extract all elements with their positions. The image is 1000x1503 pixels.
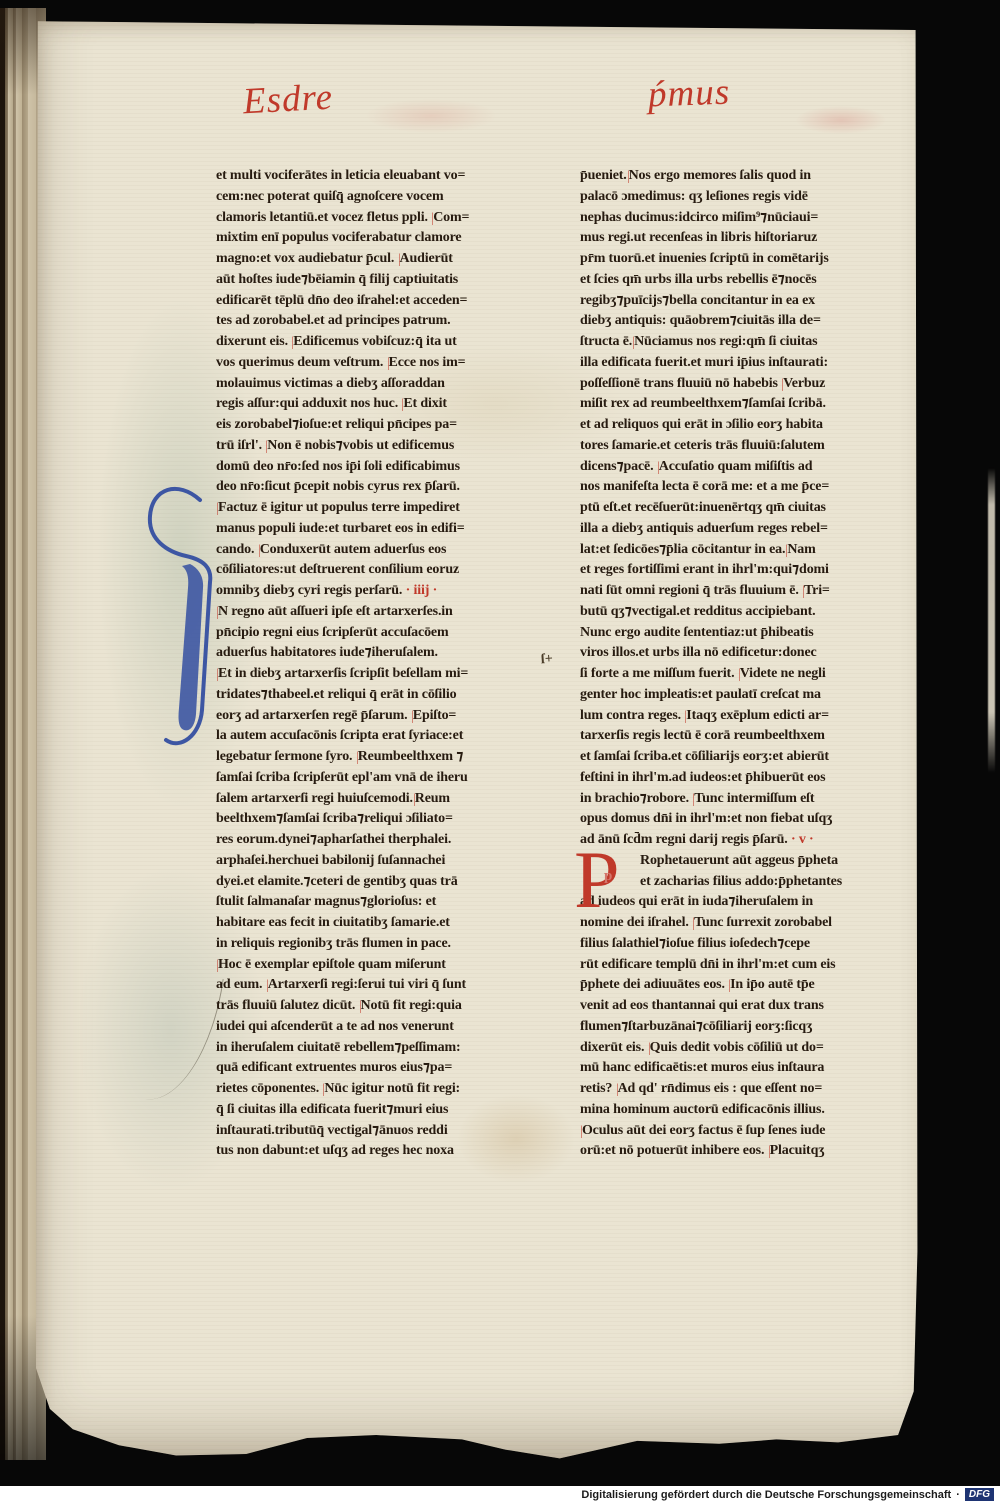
running-head-esdre: Esdre: [242, 76, 334, 124]
body-text: rietes cōponentes.: [216, 1081, 322, 1096]
body-text: dicens⁊pacē.: [580, 459, 657, 474]
body-text: viros illos.et urbs illa nō edificetur:d…: [580, 645, 817, 660]
text-line: Nunc ergo audite ſententiaz:ut p̄hibeati…: [580, 623, 900, 644]
text-line: iudei qui aſcenderūt a te ad nos venerun…: [216, 1017, 536, 1038]
text-line: la autem accuſacōnis ſcripta erat ſyriac…: [216, 726, 536, 747]
text-line: beelthxem⁊ſamſai ſcriba⁊reliqui ɔſiliato…: [216, 809, 536, 830]
body-text: nati ſūt omni regioni q̄ trās fluuium ē.: [580, 583, 802, 598]
body-text: retis?: [580, 1081, 616, 1096]
rubric-text: |: [729, 976, 731, 997]
text-line: domū deo nr̄o:ſed nos ip̄i ſoli edificab…: [216, 457, 536, 478]
rubric-text: |: [258, 541, 260, 562]
text-line: |Factuz ē igitur ut populus terre impedi…: [216, 498, 536, 519]
body-text: pn̄cipio regni eius ſcripſerūt accuſacōe…: [216, 625, 449, 640]
text-line: habitare eas fecit in ciuitatibʒ ſamarie…: [216, 913, 536, 934]
rubric-text: |: [413, 790, 415, 811]
text-line: et ſamſai ſcriba.et cōſiliarijs eorʒ:et …: [580, 747, 900, 768]
text-line: regibʒ⁊puīcijs⁊bella concitantur in ea e…: [580, 291, 900, 312]
text-line: butū qʒ⁊vectigal.et redditus accipiebant…: [580, 602, 900, 623]
body-text: Conduxerūt autem aduerſus eos: [260, 542, 447, 557]
text-line: feſtini in ihrl'm.ad iudeos:et p̄hibuerū…: [580, 768, 900, 789]
text-line: aduerſus habitatores iude⁊iheruſalem.: [216, 643, 536, 664]
margin-hairline: [145, 970, 223, 1107]
body-text: eis zorobabel⁊ioſue:et reliqui pn̄cipes …: [216, 417, 457, 432]
body-text: dyei.et elamite.⁊ceteri de gentibʒ quas …: [216, 874, 458, 889]
text-line: in iheruſalem ciuitatē rebellem⁊peſſimam…: [216, 1038, 536, 1059]
text-line: ſi forte a me miſſum fuerit. |Videte ne …: [580, 664, 900, 685]
rubric-text: |: [581, 1122, 583, 1143]
body-text: opus domus dn̄i in ihrl'm:et non fiebat …: [580, 811, 832, 826]
rubric-text: |: [398, 250, 400, 271]
text-line: filius ſalathiel⁊ioſue filius ioſedech⁊c…: [580, 934, 900, 955]
text-line: mixtim enī populus vociferabatur clamore: [216, 228, 536, 249]
text-line: p̄ueniet.|Nos ergo memores ſalis quod in: [580, 166, 900, 187]
body-text: trās fluuiū ſalutez dicūt.: [216, 998, 359, 1013]
text-line: dixerūt eis. |Quis dedit vobis cōſiliū u…: [580, 1038, 900, 1059]
text-line: venit ad eos thantannai qui erat dux tra…: [580, 996, 900, 1017]
body-text: pr̄m tuorū.et inuenies ſcriptū in comēta…: [580, 251, 829, 266]
text-line: eorʒ ad artarxerſen regē p̄ſarum. |Epiſt…: [216, 706, 536, 727]
body-text: deo nr̄o:ſicut p̄cepit nobis cyrus rex p…: [216, 479, 460, 494]
text-line: ſtulit ſalmanaſar magnus⁊glorioſus: et: [216, 892, 536, 913]
text-line: regis aſſur:qui adduxit nos huc. |Et dix…: [216, 394, 536, 415]
body-text: res eorum.dynei⁊apharſathei therphalei.: [216, 832, 451, 847]
body-text: Verbuz: [783, 376, 825, 391]
body-text: et reges fortiſſimi erant in ihrl'm:qui⁊…: [580, 562, 829, 577]
body-text: nos manifeſta lecta ē corā me: et a me p…: [580, 479, 829, 494]
body-text: et ad reliquos qui erāt in ɔſilio eorʒ h…: [580, 417, 823, 432]
rubric-text: · v ·: [791, 832, 814, 847]
text-line: |Oculus aūt dei eorʒ factus ē ſup ſenes …: [580, 1121, 900, 1142]
body-text: ſtructa ē.: [580, 334, 632, 349]
text-line: eis zorobabel⁊ioſue:et reliqui pn̄cipes …: [216, 415, 536, 436]
ink-show-through: [796, 106, 886, 134]
body-text: Non ē nobis⁊vobis ut edificemus: [267, 438, 454, 453]
body-text: la autem accuſacōnis ſcripta erat ſyriac…: [216, 728, 463, 743]
text-line: |N regno aūt aſſueri ipſe eſt artarxerſe…: [216, 602, 536, 623]
body-text: mū hanc edificaētis:et muros eius inſtau…: [580, 1060, 824, 1075]
rubric-text: |: [217, 956, 219, 977]
text-line: clamoris letantiū.et vocez fletus ppli. …: [216, 208, 536, 229]
text-line: tes ad zorobabel.et ad principes patrum.: [216, 311, 536, 332]
text-line: vos querimus deum veſtrum. |Ecce nos im=: [216, 353, 536, 374]
rubric-text: |: [432, 209, 434, 230]
body-text: Factuz ē igitur ut populus terre impedir…: [218, 500, 460, 515]
rubric-text: |: [738, 665, 740, 686]
body-text: molauimus victimas a diebʒ aſſoraddan: [216, 376, 445, 391]
body-text: vos querimus deum veſtrum.: [216, 355, 387, 370]
body-text: filius ſalathiel⁊ioſue filius ioſedech⁊c…: [580, 936, 810, 951]
body-text: Videte ne negli: [740, 666, 826, 681]
ink-show-through: [366, 99, 496, 133]
body-text: arphaſei.herchuei babilonij ſuſannachei: [216, 853, 445, 868]
body-text: tridates⁊thabeel.et reliqui q̄ erāt in c…: [216, 687, 456, 702]
body-text: Hoc ē exemplar epiſtole quam miſerunt: [218, 957, 446, 972]
body-text: tores ſamarie.et ceteris trās fluuiū:ſal…: [580, 438, 825, 453]
body-text: Edificemus vobiſcuz:q̄ ita ut: [293, 334, 456, 349]
body-text: omnibʒ diebʒ cyri regis perſarū.: [216, 583, 406, 598]
body-text: habitare eas fecit in ciuitatibʒ ſamarie…: [216, 915, 450, 930]
text-line: q̄ ſi ciuitas illa edificata fuerit⁊muri…: [216, 1100, 536, 1121]
text-line: miſit rex ad reumbeelthxem⁊ſamſai ſcribā…: [580, 394, 900, 415]
body-text: genter hoc impleatis:et paulatī creſcat …: [580, 687, 821, 702]
body-text: lum contra reges.: [580, 708, 684, 723]
body-text: regis aſſur:qui adduxit nos huc.: [216, 396, 401, 411]
rubric-text: |: [356, 748, 358, 769]
text-line: et multi vociferātes in leticia eleuaban…: [216, 166, 536, 187]
body-text: Nunc ergo audite ſententiaz:ut p̄hibeati…: [580, 625, 814, 640]
text-column-left: et multi vociferātes in leticia eleuaban…: [216, 166, 536, 1162]
body-text: q̄ ſi ciuitas illa edificata fuerit⁊muri…: [216, 1102, 448, 1117]
body-text: Ecce nos im=: [389, 355, 466, 370]
body-text: ſtulit ſalmanaſar magnus⁊glorioſus: et: [216, 894, 436, 909]
body-text: dixerunt eis.: [216, 334, 291, 349]
text-line: cando. |Conduxerūt autem aduerſus eos: [216, 540, 536, 561]
rubric-text: |: [616, 1080, 618, 1101]
body-text: nephas ducimus:idcirco miſim⁹⁊nūciaui=: [580, 210, 818, 225]
text-line: retis? |Ad qd' rn̄dimus eis : que eſſent…: [580, 1079, 900, 1100]
text-line: genter hoc impleatis:et paulatī creſcat …: [580, 685, 900, 706]
body-text: et multi vociferātes in leticia eleuaban…: [216, 168, 465, 183]
text-line: rietes cōponentes. |Nūc igitur notū fit …: [216, 1079, 536, 1100]
next-leaf-edge: [988, 468, 995, 773]
chapter-drop-cap-P: P p: [574, 847, 638, 917]
rubric-text: |: [217, 499, 219, 520]
body-text: in reliquis regionibʒ trās flumen in pac…: [216, 936, 451, 951]
body-text: dixerūt eis.: [580, 1040, 648, 1055]
text-line: legebatur ſermone ſyro. |Reumbeelthxem ⁊: [216, 747, 536, 768]
rubric-text: |: [633, 333, 635, 354]
text-line: aūt hoſtes iude⁊bēiamin q̄ filij captiui…: [216, 270, 536, 291]
body-text: Tunc ſurrexit zorobabel: [694, 915, 832, 930]
text-line: tores ſamarie.et ceteris trās fluuiū:ſal…: [580, 436, 900, 457]
text-line: manus populi iude:et turbaret eos in edi…: [216, 519, 536, 540]
body-text: Nūc igitur notū fit regi:: [324, 1081, 460, 1096]
body-text: rūt edificare templū dn̄i in ihrl'm:et c…: [580, 957, 835, 972]
body-text: regibʒ⁊puīcijs⁊bella concitantur in ea e…: [580, 293, 815, 308]
digitization-credit-bar: Digitalisierung gefördert durch die Deut…: [0, 1486, 1000, 1503]
body-text: tarxerſis regis lectū ē corā reumbeelthx…: [580, 728, 825, 743]
drop-cap-letter: P: [574, 834, 619, 925]
body-text: et ſamſai ſcriba.et cōſiliarijs eorʒ:et …: [580, 749, 829, 764]
body-text: Rophetauerunt aūt aggeus p̄pheta: [640, 853, 838, 868]
body-text: in brachio⁊robore.: [580, 791, 692, 806]
text-line: ad eum. |Artarxerſi regi:ſerui tui viri …: [216, 975, 536, 996]
body-text: inſtaurati.tributūq̄ vectigal⁊ānuos redd…: [216, 1123, 448, 1138]
text-line: flumen⁊ſtarbuzānai⁊cōſiliarij eorʒ:ſicqʒ: [580, 1017, 900, 1038]
body-text: et zacharias filius addo:p̄phetantes: [640, 874, 842, 889]
rubric-text: · iiij ·: [406, 583, 437, 598]
text-line: rūt edificare templū dn̄i in ihrl'm:et c…: [580, 955, 900, 976]
rubric-text: |: [693, 914, 695, 935]
text-line: illa edificata fuerit.et muri ip̄ius inſ…: [580, 353, 900, 374]
rubric-text: |: [657, 458, 659, 479]
body-text: p̄ueniet.: [580, 168, 627, 183]
body-text: domū deo nr̄o:ſed nos ip̄i ſoli edificab…: [216, 459, 460, 474]
body-text: Tri=: [804, 583, 830, 598]
text-line: nati ſūt omni regioni q̄ trās fluuium ē.…: [580, 581, 900, 602]
text-line: |Et in diebʒ artarxerſis ſcripſit beſell…: [216, 664, 536, 685]
text-line: ſtructa ē.|Nūciamus nos regi:qm̄ ſi ciui…: [580, 332, 900, 353]
text-line: pn̄cipio regni eius ſcripſerūt accuſacōe…: [216, 623, 536, 644]
credit-text: Digitalisierung gefördert durch die Deut…: [581, 1489, 951, 1501]
rubric-text: |: [803, 582, 805, 603]
book-top-edge: [0, 0, 1000, 19]
text-line: omnibʒ diebʒ cyri regis perſarū. · iiij …: [216, 581, 536, 602]
rubric-text: |: [217, 665, 219, 686]
body-text: legebatur ſermone ſyro.: [216, 749, 356, 764]
body-text: in iheruſalem ciuitatē rebellem⁊peſſimam…: [216, 1040, 461, 1055]
rubric-text: |: [768, 1142, 770, 1163]
text-line: res eorum.dynei⁊apharſathei therphalei.: [216, 830, 536, 851]
body-text: tes ad zorobabel.et ad principes patrum.: [216, 313, 450, 328]
body-text: ſi forte a me miſſum fuerit.: [580, 666, 738, 681]
text-line: ptū eſt.et recēſuerūt:inuenērtqʒ qm̄ ciu…: [580, 498, 900, 519]
body-text: aduerſus habitatores iude⁊iheruſalem.: [216, 645, 438, 660]
text-line: molauimus victimas a diebʒ aſſoraddan: [216, 374, 536, 395]
rubric-text: |: [359, 997, 361, 1018]
body-text: Artarxerſi regi:ſerui tui viri q̄ ſunt: [268, 977, 466, 992]
text-line: dyei.et elamite.⁊ceteri de gentibʒ quas …: [216, 872, 536, 893]
text-line: mus regi.ut recenſeas in libris hiſtoria…: [580, 228, 900, 249]
body-text: Accuſatio quam miſiſtis ad: [659, 459, 813, 474]
text-line: palacō ɔmedimus: qʒ leſiones regis vidē: [580, 187, 900, 208]
body-text: N regno aūt aſſueri ipſe eſt artarxerſes…: [218, 604, 453, 619]
body-text: clamoris letantiū.et vocez fletus ppli.: [216, 210, 431, 225]
rubric-text: |: [217, 603, 219, 624]
scanned-book-page-viewer: { "manuscript": { "header": { "left_titl…: [0, 0, 1000, 1503]
credit-separator: ·: [956, 1489, 960, 1501]
body-text: Tunc intermiſſum eſt: [694, 791, 814, 806]
rubric-text: |: [411, 707, 413, 728]
text-line: et ſcies qm̄ urbs illa urbs rebellis ē⁊n…: [580, 270, 900, 291]
body-text: illa edificata fuerit.et muri ip̄ius inſ…: [580, 355, 828, 370]
margin-correction-mark: ſ+: [540, 652, 553, 669]
text-line: in reliquis regionibʒ trās flumen in pac…: [216, 934, 536, 955]
body-text: palacō ɔmedimus: qʒ leſiones regis vidē: [580, 189, 808, 204]
body-text: tus non dabunt:et uſqʒ ad reges hec noxa: [216, 1143, 454, 1158]
body-text: Nūciamus nos regi:qm̄ ſi ciuitas: [634, 334, 817, 349]
body-text: Placuitqʒ: [770, 1143, 825, 1158]
text-line: lum contra reges. |Itaqʒ exēplum edicti …: [580, 706, 900, 727]
body-text: feſtini in ihrl'm.ad iudeos:et p̄hibuerū…: [580, 770, 825, 785]
text-line: quā edificant extruentes muros eius⁊pa=: [216, 1058, 536, 1079]
text-column-right: P p p̄ueniet.|Nos ergo memores ſalis quo…: [580, 166, 900, 1162]
text-line: dixerunt eis. |Edificemus vobiſcuz:q̄ it…: [216, 332, 536, 353]
text-line: nephas ducimus:idcirco miſim⁹⁊nūciaui=: [580, 208, 900, 229]
drop-cap-guide-letter: p: [604, 869, 612, 884]
body-text: cando.: [216, 542, 258, 557]
text-line: ſamſai ſcriba ſcripſerūt epl'am vnā de i…: [216, 768, 536, 789]
body-text: orū:et nō potuerūt inhibere eos.: [580, 1143, 768, 1158]
text-line: trās fluuiū ſalutez dicūt. |Notū fit reg…: [216, 996, 536, 1017]
body-text: iudei qui aſcenderūt a te ad nos venerun…: [216, 1019, 454, 1034]
text-line: illa a diebʒ antiquis aduerſum reges reb…: [580, 519, 900, 540]
text-line: diebʒ antiquis: quāobrem⁊ciuitās illa de…: [580, 311, 900, 332]
body-text: poſſeſſionē trans fluuiū nō habebis: [580, 376, 781, 391]
text-line: mina hominum auctorū edificacōnis illius…: [580, 1100, 900, 1121]
dfg-logo: DFG: [965, 1488, 994, 1501]
text-line: inſtaurati.tributūq̄ vectigal⁊ānuos redd…: [216, 1121, 536, 1142]
body-text: butū qʒ⁊vectigal.et redditus accipiebant…: [580, 604, 815, 619]
text-line: pr̄m tuorū.et inuenies ſcriptū in comēta…: [580, 249, 900, 270]
body-text: Quis dedit vobis cōſiliū ut do=: [650, 1040, 824, 1055]
body-text: trū iſrl'.: [216, 438, 265, 453]
body-text: aūt hoſtes iude⁊bēiamin q̄ filij captiui…: [216, 272, 458, 287]
body-text: eorʒ ad artarxerſen regē p̄ſarum.: [216, 708, 411, 723]
rubric-text: |: [627, 167, 629, 188]
text-line: nos manifeſta lecta ē corā me: et a me p…: [580, 477, 900, 498]
text-line: arphaſei.herchuei babilonij ſuſannachei: [216, 851, 536, 872]
body-text: venit ad eos thantannai qui erat dux tra…: [580, 998, 824, 1013]
body-text: Reum: [415, 791, 450, 806]
text-line: dicens⁊pacē. |Accuſatio quam miſiſtis ad: [580, 457, 900, 478]
body-text: mixtim enī populus vociferabatur clamore: [216, 230, 461, 245]
text-line: lat:et ſedicōes⁊p̄lia cōcitantur in ea.|…: [580, 540, 900, 561]
text-line: tus non dabunt:et uſqʒ ad reges hec noxa: [216, 1141, 536, 1162]
body-text: mina hominum auctorū edificacōnis illius…: [580, 1102, 825, 1117]
text-line: viros illos.et urbs illa nō edificetur:d…: [580, 643, 900, 664]
text-line: edificarēt tēplū dn̄o deo iſrahel:et acc…: [216, 291, 536, 312]
body-text: cem:nec poterat quiſq̄ agnoſcere vocem: [216, 189, 443, 204]
text-line: trū iſrl'. |Non ē nobis⁊vobis ut edifice…: [216, 436, 536, 457]
text-line: ſalem artarxerſi regi huiuſcemodi.|Reum: [216, 789, 536, 810]
text-line: cōſiliatores:ut deſtruerent conſilium eo…: [216, 560, 536, 581]
body-text: flumen⁊ſtarbuzānai⁊cōſiliarij eorʒ:ſicqʒ: [580, 1019, 812, 1034]
body-text: mus regi.ut recenſeas in libris hiſtoria…: [580, 230, 817, 245]
body-text: lat:et ſedicōes⁊p̄lia cōcitantur in ea.: [580, 542, 785, 557]
body-text: In ip̄o autē tp̄e: [730, 977, 815, 992]
running-head-primus: ṕmus: [647, 71, 731, 117]
body-text: manus populi iude:et turbaret eos in edi…: [216, 521, 465, 536]
body-text: Nam: [787, 542, 815, 557]
body-text: illa a diebʒ antiquis aduerſum reges reb…: [580, 521, 828, 536]
body-text: Oculus aūt dei eorʒ factus ē ſup ſenes i…: [582, 1123, 825, 1138]
body-text: ſalem artarxerſi regi huiuſcemodi.: [216, 791, 413, 806]
body-text: ſamſai ſcriba ſcripſerūt epl'am vnā de i…: [216, 770, 468, 785]
body-text: Com=: [433, 210, 469, 225]
body-text: magno:et vox audiebatur p̄cul.: [216, 251, 398, 266]
body-text: cōſiliatores:ut deſtruerent conſilium eo…: [216, 562, 459, 577]
text-line: magno:et vox audiebatur p̄cul. |Audierūt: [216, 249, 536, 270]
text-line: cem:nec poterat quiſq̄ agnoſcere vocem: [216, 187, 536, 208]
body-text: Et dixit: [403, 396, 447, 411]
text-line: poſſeſſionē trans fluuiū nō habebis |Ver…: [580, 374, 900, 395]
body-text: beelthxem⁊ſamſai ſcriba⁊reliqui ɔſiliato…: [216, 811, 453, 826]
body-text: quā edificant extruentes muros eius⁊pa=: [216, 1060, 452, 1075]
text-line: mū hanc edificaētis:et muros eius inſtau…: [580, 1058, 900, 1079]
body-text: Itaqʒ exēplum edicti ar=: [686, 708, 829, 723]
body-text: Epiſto=: [413, 708, 457, 723]
text-line: deo nr̄o:ſicut p̄cepit nobis cyrus rex p…: [216, 477, 536, 498]
body-text: diebʒ antiquis: quāobrem⁊ciuitās illa de…: [580, 313, 821, 328]
text-line: opus domus dn̄i in ihrl'm:et non fiebat …: [580, 809, 900, 830]
body-text: p̄phete dei adiuuātes eos.: [580, 977, 728, 992]
rubric-text: |: [387, 354, 389, 375]
body-text: Notū fit regi:quia: [361, 998, 462, 1013]
text-line: et ad reliquos qui erāt in ɔſilio eorʒ h…: [580, 415, 900, 436]
rubric-text: |: [782, 375, 784, 396]
text-line: tridates⁊thabeel.et reliqui q̄ erāt in c…: [216, 685, 536, 706]
body-text: Ad qd' rn̄dimus eis : que eſſent no=: [618, 1081, 823, 1096]
body-text: ptū eſt.et recēſuerūt:inuenērtqʒ qm̄ ciu…: [580, 500, 826, 515]
body-text: miſit rex ad reumbeelthxem⁊ſamſai ſcribā…: [580, 396, 826, 411]
text-line: in brachio⁊robore. |Tunc intermiſſum eſt: [580, 789, 900, 810]
body-text: Audierūt: [399, 251, 452, 266]
body-text: et ſcies qm̄ urbs illa urbs rebellis ē⁊n…: [580, 272, 817, 287]
text-line: p̄phete dei adiuuātes eos. |In ip̄o autē…: [580, 975, 900, 996]
body-text: Et in diebʒ artarxerſis ſcripſit beſella…: [218, 666, 468, 681]
text-line: orū:et nō potuerūt inhibere eos. |Placui…: [580, 1141, 900, 1162]
body-text: ad eum.: [216, 977, 266, 992]
text-line: tarxerſis regis lectū ē corā reumbeelthx…: [580, 726, 900, 747]
body-text: Reumbeelthxem ⁊: [358, 749, 464, 764]
body-text: edificarēt tēplū dn̄o deo iſrahel:et acc…: [216, 293, 467, 308]
text-line: |Hoc ē exemplar epiſtole quam miſerunt: [216, 955, 536, 976]
body-text: Nos ergo memores ſalis quod in: [629, 168, 811, 183]
rubric-text: |: [648, 1039, 650, 1060]
rubric-text: |: [266, 976, 268, 997]
text-line: et reges fortiſſimi erant in ihrl'm:qui⁊…: [580, 560, 900, 581]
